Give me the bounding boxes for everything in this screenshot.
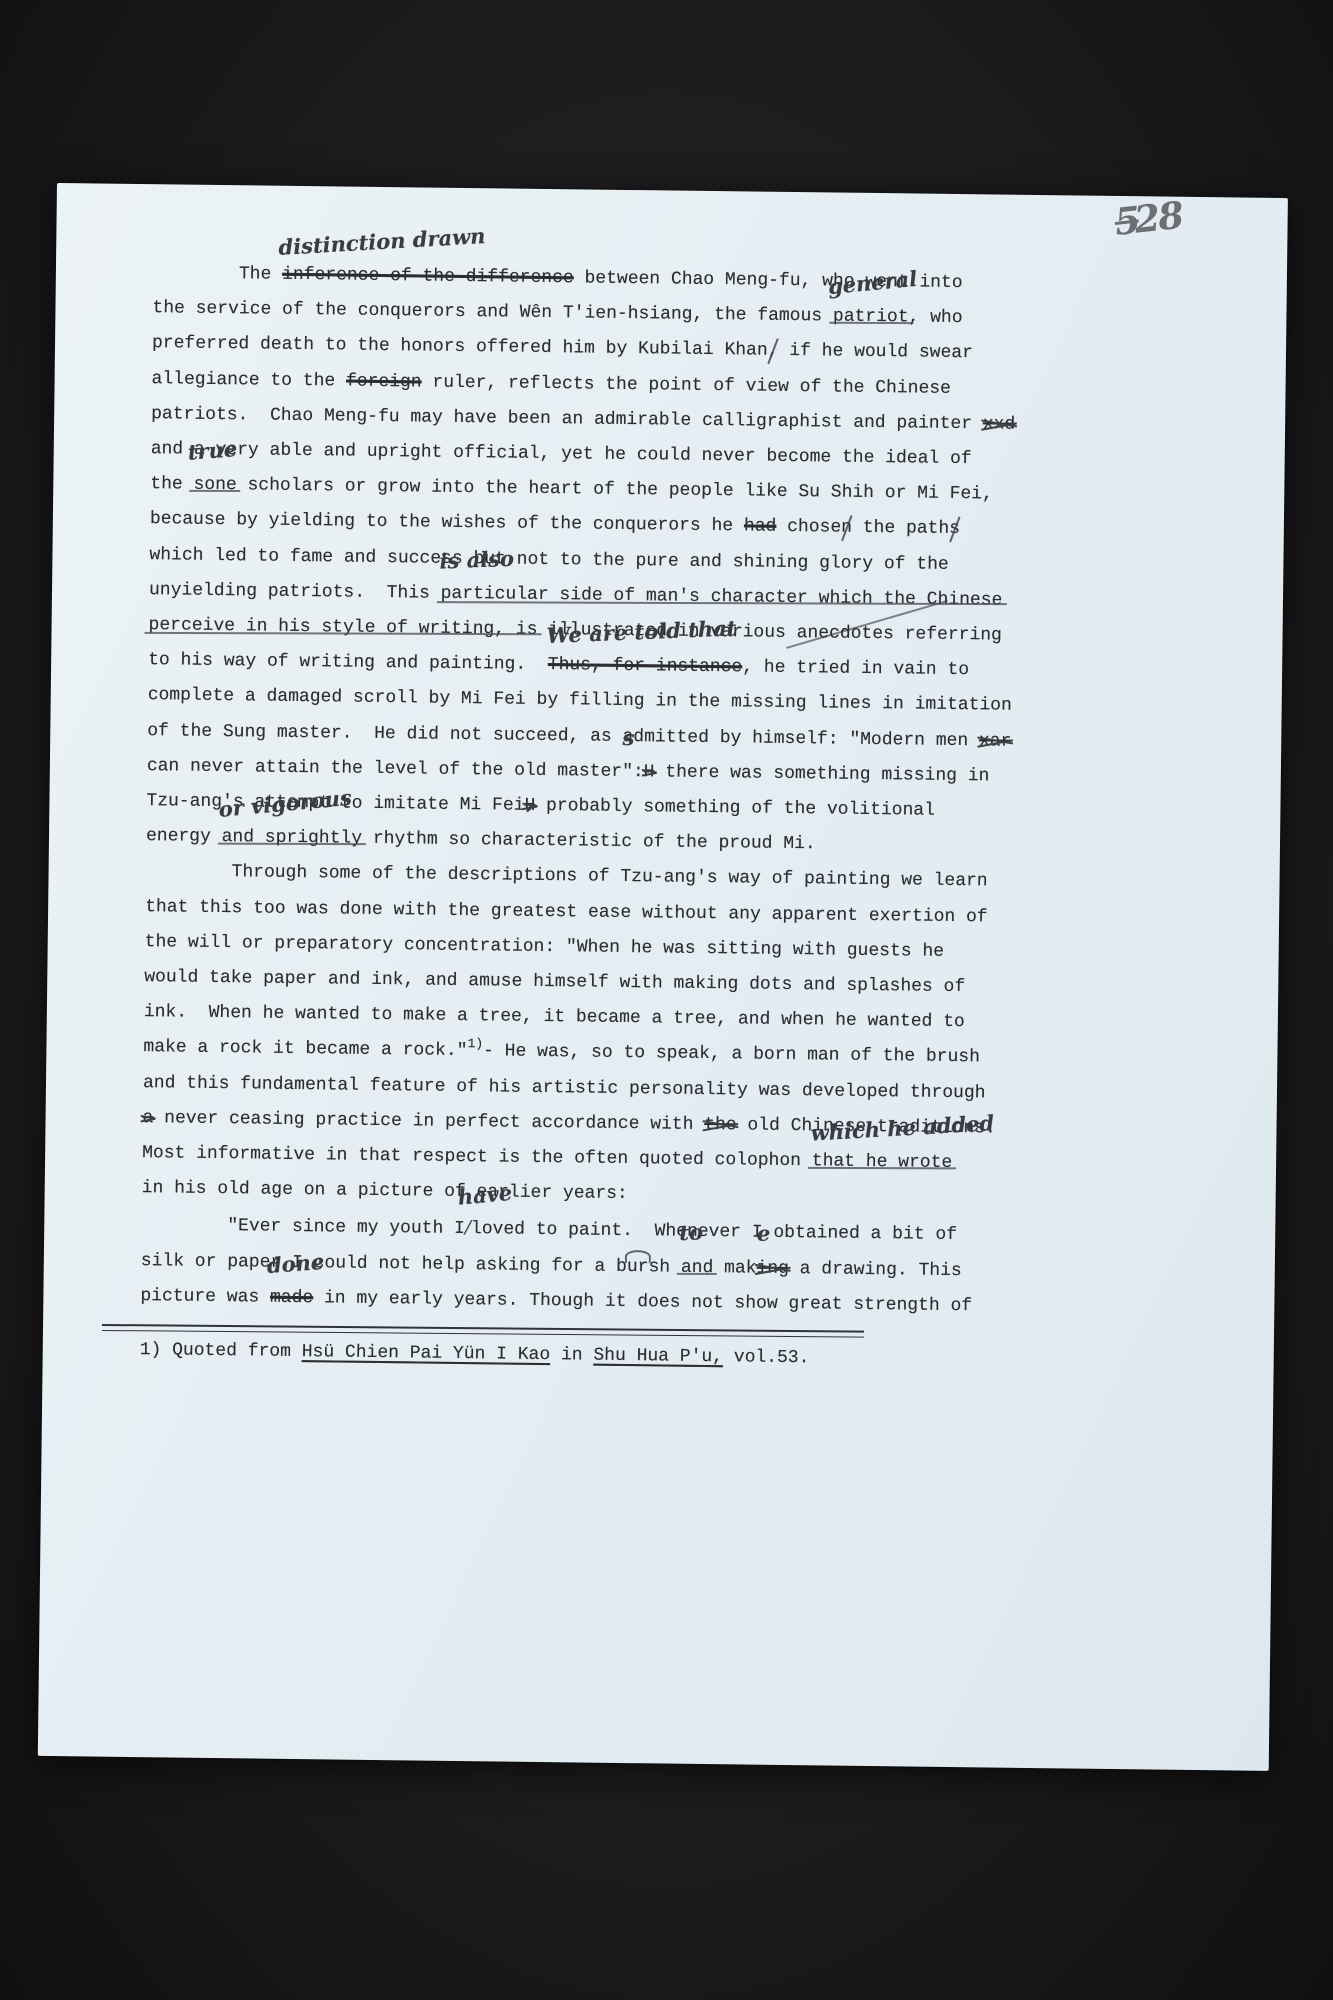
typed-text-px: and [681,1257,714,1277]
typed-text: preferred death to the honors offered hi… [152,334,768,362]
handwritten-annotation: is also [438,540,514,578]
typed-text-sc: H [524,796,535,816]
typed-text-sx: Thus, for instance [548,655,743,677]
typed-text-sx: inference of the difference [282,265,574,289]
typed-text: probably something of the volitional [535,796,935,821]
typed-text: Most informative in that respect is the … [142,1143,812,1171]
page-number: 528 [1112,193,1184,244]
handwritten-annotation: to [679,1215,704,1251]
typed-text: , he tried in vain to [742,658,969,681]
typed-text: that this too was done with the greatest… [145,897,988,927]
typed-text: if he would swear [778,341,973,363]
typed-text: vol.53. [723,1347,810,1368]
typed-text: and a very able and upright official, ye… [151,439,972,469]
typed-text: rhythm so characteristic of the proud Mi… [362,829,816,855]
typed-text: picture was [140,1286,270,1308]
typed-text: chose [776,517,841,538]
typed-text: make a rock it became a rock." [143,1038,467,1062]
typed-lines: The distinction drawninference of the di… [140,256,1017,1325]
typed-text: , who [908,308,962,329]
typed-text: 1) Quoted from [140,1340,302,1362]
typed-text: patriots. Chao Meng-fu may have been an … [151,404,983,434]
typed-text-u: Shu Hua P'u, [593,1346,723,1368]
typed-text: and this fundamental feature of his arti… [143,1073,986,1103]
typed-text: in his old age on a picture of earlier y… [142,1178,628,1204]
handwritten-annotation: have [456,1175,513,1215]
typed-text: never ceasing practice in perfect accord… [153,1108,704,1135]
typed-text-sl: n [841,518,852,538]
typed-text: complete a damaged scroll by Mi Fei by f… [148,686,1012,717]
typed-text-sc: a [142,1108,153,1128]
typed-text: there was something missing in [654,762,989,786]
footnote: 1) Quoted from Hsü Chien Pai Yün I Kao i… [140,1333,1005,1378]
typed-text: The [239,264,282,285]
handwritten-annotation: s [622,720,634,755]
typed-text: a drawing. This [789,1259,962,1281]
typed-text: ink. When he wanted to make a tree, it b… [144,1002,965,1032]
typed-text: ": [622,762,644,782]
typed-text-block: The distinction drawninference of the di… [140,256,1018,1378]
typed-text-sc: xar [979,731,1012,751]
typed-text-px: that he wrote [812,1151,953,1173]
typed-text: which led to fame and success but not to… [149,545,949,575]
typed-text: loved to paint. Whenever I obtained a bi… [471,1220,957,1246]
page-number-value: 28 [1132,193,1184,242]
typed-text: energy [146,826,222,847]
typed-text: because by yielding to the wishes of the… [150,510,744,537]
typed-text: in my early years. Though it does not sh… [313,1288,972,1316]
typed-text: unyielding patriots. This [149,580,441,604]
typed-text: - He was, so to speak, a born man of the… [483,1042,980,1068]
typed-text: can never attain the level of the old ma… [147,756,622,782]
handwritten-annotation: done [265,1244,325,1283]
typed-text: silk or paper I could not help asking fo… [141,1251,627,1277]
typed-text-px: particular side of man's character which… [441,584,1003,611]
typed-text-px: patriot [833,307,909,328]
typed-text-px: and sprightly [222,827,363,849]
typed-text-sc: ing [756,1258,789,1278]
typed-text-sx: had [744,517,777,537]
handwritten-annotation: e [757,1216,771,1251]
typed-text: the will or preparatory concentration: "… [145,932,945,962]
typewritten-page: 528 The distinction drawninference of th… [38,183,1288,1771]
typed-text-sl: , [768,341,779,361]
typed-text-sl: s [949,519,960,539]
typed-text: Through some of the descriptions of Tzu-… [231,863,987,892]
typed-text-u: Hsü Chien Pai Yün I Kao [302,1342,551,1365]
typed-text: would take paper and ink, and amuse hims… [144,967,965,997]
typed-text: allegiance to the [151,369,346,391]
typed-text-sx: foreign [346,371,422,392]
handwritten-annotation: distinction drawn [278,218,487,265]
typed-text-px: perceive in his style of writing, is [148,615,537,640]
typed-text: of the Sung master. He did not succeed, … [147,721,979,751]
typed-text: mak [713,1258,756,1279]
typed-text-lp: ur [627,1257,649,1277]
handwritten-annotation: true [187,431,239,470]
typed-text: the path [852,518,949,539]
typed-text: to his way of writing and painting. [148,650,548,675]
typed-text-sc: H [644,762,655,782]
typed-text: the service of the conquerors and Wên T'… [152,298,833,326]
typed-text: in [550,1345,593,1366]
typed-text: "Ever since my youth I [227,1217,465,1240]
typed-text: the [150,474,193,495]
typed-text-px: sone [193,475,236,496]
typed-text-sc: xxd [983,414,1016,434]
typed-text-sc: the [704,1115,737,1135]
typed-text-sx: made [270,1288,313,1309]
typed-text-sup: 1) [467,1037,483,1052]
typed-text: ruler, reflects the point of view of the… [422,372,952,398]
typed-text: scholars or grow into the heart of the p… [237,475,993,504]
